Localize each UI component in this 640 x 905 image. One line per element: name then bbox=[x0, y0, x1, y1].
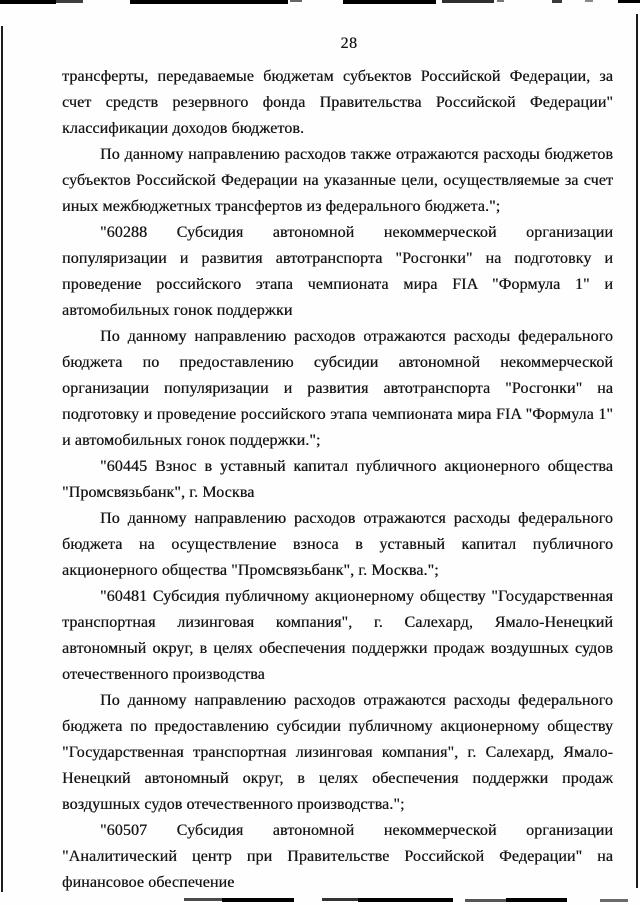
scan-artifact-bottom bbox=[184, 898, 222, 901]
scan-artifact-left-edge bbox=[1, 26, 3, 892]
paragraph-6: По данному направлению расходов отражают… bbox=[62, 506, 613, 584]
scan-artifact-bottom bbox=[465, 899, 506, 902]
scan-artifact-bottom bbox=[322, 898, 358, 901]
scan-artifact-bottom bbox=[222, 898, 294, 902]
scan-artifact-bottom bbox=[506, 898, 567, 902]
scan-artifact-top bbox=[442, 0, 494, 3]
scan-artifact-top bbox=[618, 0, 640, 3]
paragraph-4: По данному направлению расходов отражают… bbox=[62, 324, 613, 454]
paragraph-3: "60288 Субсидия автономной некоммерческо… bbox=[62, 220, 613, 324]
scan-artifact-top bbox=[130, 0, 288, 4]
scan-artifact-top bbox=[585, 0, 593, 2]
scan-artifact-top bbox=[290, 0, 302, 2]
paragraph-1: трансферты, передаваемые бюджетам субъек… bbox=[62, 64, 613, 142]
paragraph-2: По данному направлению расходов также от… bbox=[62, 142, 613, 220]
scan-artifact-right-edge bbox=[636, 14, 638, 888]
paragraph-9: "60507 Субсидия автономной некоммерческо… bbox=[62, 818, 613, 896]
paragraph-7: "60481 Субсидия публичному акционерному … bbox=[62, 584, 613, 688]
paragraph-8: По данному направлению расходов отражают… bbox=[62, 688, 613, 818]
paragraph-5: "60445 Взнос в уставный капитал публично… bbox=[62, 454, 613, 506]
page-number: 28 bbox=[341, 35, 358, 53]
scan-artifact-bottom bbox=[600, 899, 628, 902]
scan-artifact-top bbox=[56, 0, 83, 3]
document-page: 28 трансферты, передаваемые бюджетам суб… bbox=[0, 0, 640, 905]
scan-artifact-top bbox=[497, 0, 504, 2]
scan-artifact-bottom bbox=[358, 898, 453, 902]
scan-artifact-top bbox=[0, 0, 56, 4]
text-content: трансферты, передаваемые бюджетам субъек… bbox=[62, 64, 613, 896]
scan-artifact-top bbox=[552, 0, 562, 3]
scan-artifact-top bbox=[343, 0, 436, 4]
